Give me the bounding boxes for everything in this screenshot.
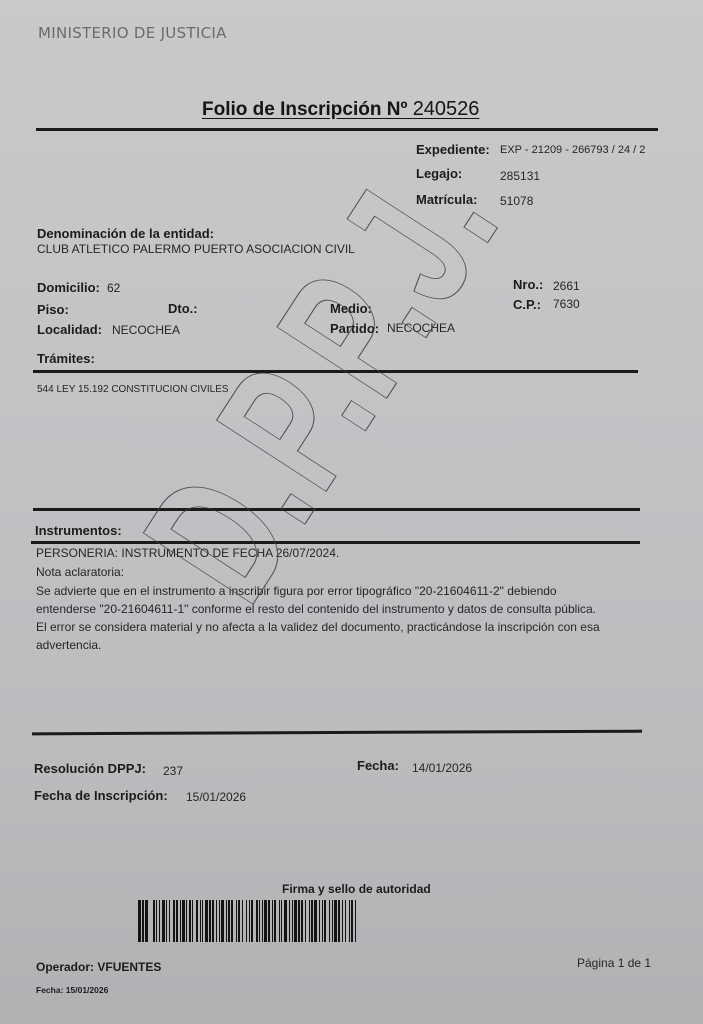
- barcode-gap: [356, 900, 359, 942]
- barcode: [138, 900, 598, 942]
- dto-label: Dto.:: [168, 301, 198, 316]
- localidad-value: NECOCHEA: [112, 323, 180, 337]
- matricula-value: 51078: [500, 194, 533, 208]
- fecha-inscripcion-value: 15/01/2026: [186, 790, 246, 804]
- fecha-inscripcion-label: Fecha de Inscripción:: [34, 788, 168, 803]
- resolucion-value: 237: [163, 764, 183, 778]
- fecha-resolucion-value: 14/01/2026: [412, 761, 472, 775]
- instrumento-line: El error se considera material y no afec…: [36, 620, 600, 634]
- instrumentos-divider: [31, 541, 640, 544]
- page-indicator: Página 1 de 1: [577, 956, 651, 970]
- instrumento-line: Se advierte que en el instrumento a insc…: [36, 584, 557, 598]
- expediente-value: EXP - 21209 - 266793 / 24 / 2: [500, 144, 645, 156]
- nro-label: Nro.:: [513, 277, 543, 292]
- cp-label: C.P.:: [513, 297, 541, 312]
- expediente-label: Expediente:: [416, 142, 490, 157]
- operador-label: Operador:: [36, 960, 94, 974]
- tramites-label: Trámites:: [37, 351, 95, 366]
- localidad-label: Localidad:: [37, 322, 102, 337]
- instrumentos-label: Instrumentos:: [35, 523, 122, 538]
- instrumento-line: PERSONERIA: INSTRUMENTO DE FECHA 26/07/2…: [36, 546, 339, 560]
- footer-date: Fecha: 15/01/2026: [36, 985, 108, 995]
- ministry-header: MINISTERIO DE JUSTICIA: [38, 24, 227, 42]
- piso-label: Piso:: [37, 302, 69, 317]
- operador: Operador: VFUENTES: [36, 960, 161, 974]
- instrumento-line: entenderse "20-21604611-1" conforme el r…: [36, 602, 596, 616]
- fecha-resolucion-label: Fecha:: [357, 758, 399, 773]
- instrumento-line: advertencia.: [36, 638, 101, 652]
- domicilio-label: Domicilio:: [37, 280, 100, 295]
- legajo-value: 285131: [500, 169, 540, 183]
- document-title: Folio de Inscripción Nº 240526: [202, 98, 479, 121]
- operador-value: VFUENTES: [97, 960, 161, 974]
- tramite-item: 544 LEY 15.192 CONSTITUCION CIVILES: [37, 384, 229, 395]
- legajo-label: Legajo:: [416, 166, 462, 181]
- denominacion-label: Denominación de la entidad:: [37, 226, 214, 241]
- title-label: Folio de Inscripción Nº: [202, 99, 407, 120]
- folio-number: 240526: [413, 98, 480, 120]
- footer-date-label: Fecha:: [36, 985, 63, 995]
- medio-label: Medio:: [330, 301, 372, 316]
- partido-label: Partido:: [330, 321, 379, 336]
- instrumento-line: Nota aclaratoria:: [36, 565, 124, 579]
- footer-date-value: 15/01/2026: [66, 985, 109, 995]
- tramites-end-divider: [33, 508, 640, 511]
- partido-value: NECOCHEA: [387, 321, 455, 335]
- title-divider: [36, 128, 658, 131]
- instrumentos-end-divider: [32, 730, 642, 736]
- matricula-label: Matrícula:: [416, 192, 477, 207]
- denominacion-value: CLUB ATLETICO PALERMO PUERTO ASOCIACION …: [37, 242, 355, 256]
- tramites-divider: [33, 370, 638, 373]
- resolucion-label: Resolución DPPJ:: [34, 761, 146, 776]
- domicilio-value: 62: [107, 281, 120, 295]
- cp-value: 7630: [553, 297, 580, 311]
- nro-value: 2661: [553, 279, 580, 293]
- signature-label: Firma y sello de autoridad: [282, 882, 431, 896]
